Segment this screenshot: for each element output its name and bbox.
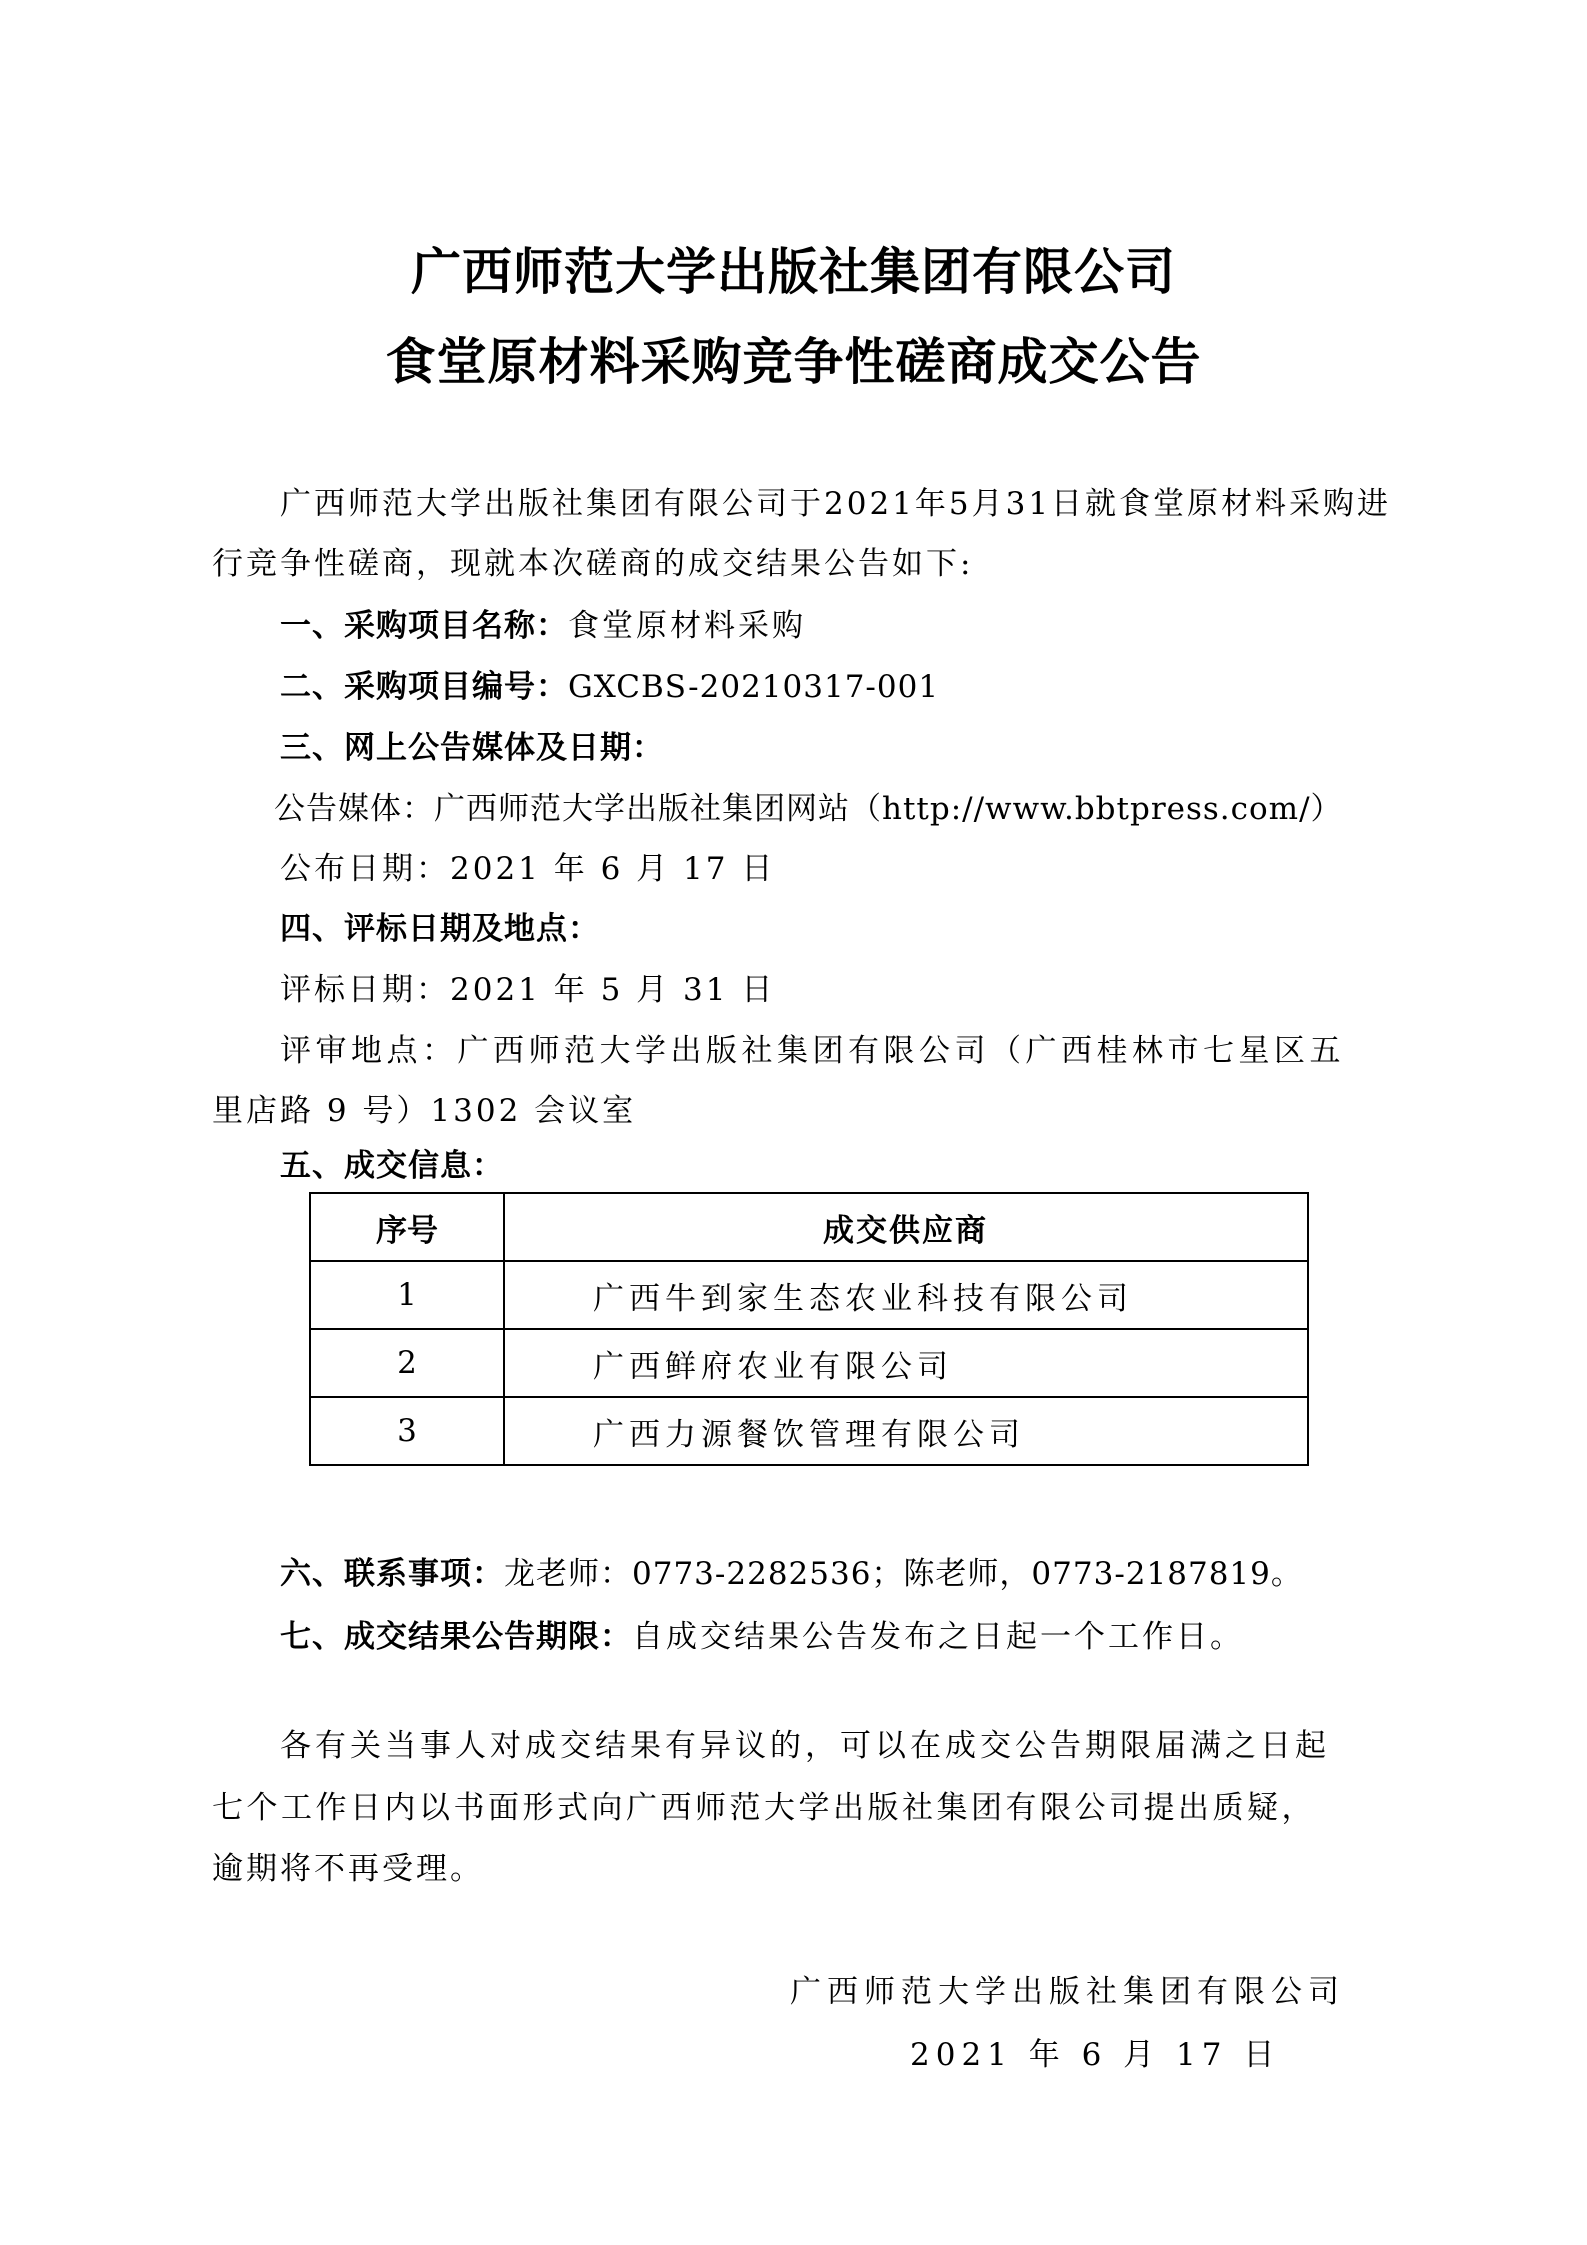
table-row: 1 广西牛到家生态农业科技有限公司 — [310, 1261, 1308, 1329]
notice-line2: 七个工作日内以书面形式向广西师范大学出版社集团有限公司提出质疑， — [212, 1782, 1316, 1827]
project-number: GXCBS-20210317-001 — [568, 669, 939, 705]
notice-line3: 逾期将不再受理。 — [212, 1843, 484, 1888]
table-row: 3 广西力源餐饮管理有限公司 — [310, 1397, 1308, 1465]
section-6-heading: 六、联系事项： — [280, 1556, 504, 1592]
notice-line1: 各有关当事人对成交结果有异议的，可以在成交公告期限届满之日起 — [280, 1720, 1330, 1765]
table-row: 2 广西鲜府农业有限公司 — [310, 1329, 1308, 1397]
row-no: 1 — [310, 1261, 504, 1329]
notice-period: 自成交结果公告发布之日起一个工作日。 — [632, 1619, 1244, 1655]
table-header-row: 序号 成交供应商 — [310, 1193, 1308, 1261]
row-no: 2 — [310, 1329, 504, 1397]
section-7: 七、成交结果公告期限：自成交结果公告发布之日起一个工作日。 — [280, 1611, 1244, 1656]
intro-line2: 行竞争性磋商，现就本次磋商的成交结果公告如下: — [212, 538, 973, 583]
section-5-heading-text: 五、成交信息： — [280, 1148, 504, 1184]
row-supplier: 广西力源餐饮管理有限公司 — [504, 1397, 1308, 1465]
header-supplier: 成交供应商 — [504, 1193, 1308, 1261]
contacts: 龙老师：0773-2282536；陈老师，0773-2187819。 — [504, 1556, 1303, 1592]
header-no: 序号 — [310, 1193, 504, 1261]
publish-date: 公布日期：2021 年 6 月 17 日 — [280, 843, 775, 888]
section-1: 一、采购项目名称：食堂原材料采购 — [280, 600, 806, 645]
section-3-heading-text: 三、网上公告媒体及日期： — [280, 730, 664, 766]
evaluation-date: 评标日期：2021 年 5 月 31 日 — [280, 964, 775, 1009]
document-title-line2: 食堂原材料采购竞争性磋商成交公告 — [0, 322, 1587, 394]
section-7-heading: 七、成交结果公告期限： — [280, 1619, 632, 1655]
section-4-heading: 四、评标日期及地点： — [280, 903, 600, 948]
document-title-line1: 广西师范大学出版社集团有限公司 — [0, 232, 1587, 304]
row-supplier: 广西牛到家生态农业科技有限公司 — [504, 1261, 1308, 1329]
section-4-heading-text: 四、评标日期及地点： — [280, 911, 600, 947]
intro-line1: 广西师范大学出版社集团有限公司于2021年5月31日就食堂原材料采购进 — [280, 478, 1391, 523]
section-2: 二、采购项目编号：GXCBS-20210317-001 — [280, 661, 939, 706]
deal-table: 序号 成交供应商 1 广西牛到家生态农业科技有限公司 2 广西鲜府农业有限公司 … — [309, 1192, 1309, 1466]
publish-media: 公告媒体：广西师范大学出版社集团网站（http://www.bbtpress.c… — [274, 783, 1343, 828]
evaluation-place-line2: 里店路 9 号）1302 会议室 — [212, 1085, 636, 1130]
section-6: 六、联系事项：龙老师：0773-2282536；陈老师，0773-2187819… — [280, 1548, 1303, 1593]
section-2-heading: 二、采购项目编号： — [280, 669, 568, 705]
signature-date: 2021 年 6 月 17 日 — [910, 2029, 1280, 2074]
project-name: 食堂原材料采购 — [568, 608, 806, 644]
section-1-heading: 一、采购项目名称： — [280, 608, 568, 644]
row-no: 3 — [310, 1397, 504, 1465]
row-supplier: 广西鲜府农业有限公司 — [504, 1329, 1308, 1397]
evaluation-place-line1: 评审地点：广西师范大学出版社集团有限公司（广西桂林市七星区五 — [280, 1025, 1345, 1070]
section-3-heading: 三、网上公告媒体及日期： — [280, 722, 664, 767]
signature-org: 广西师范大学出版社集团有限公司 — [790, 1966, 1345, 2011]
section-5-heading: 五、成交信息： — [280, 1140, 504, 1185]
